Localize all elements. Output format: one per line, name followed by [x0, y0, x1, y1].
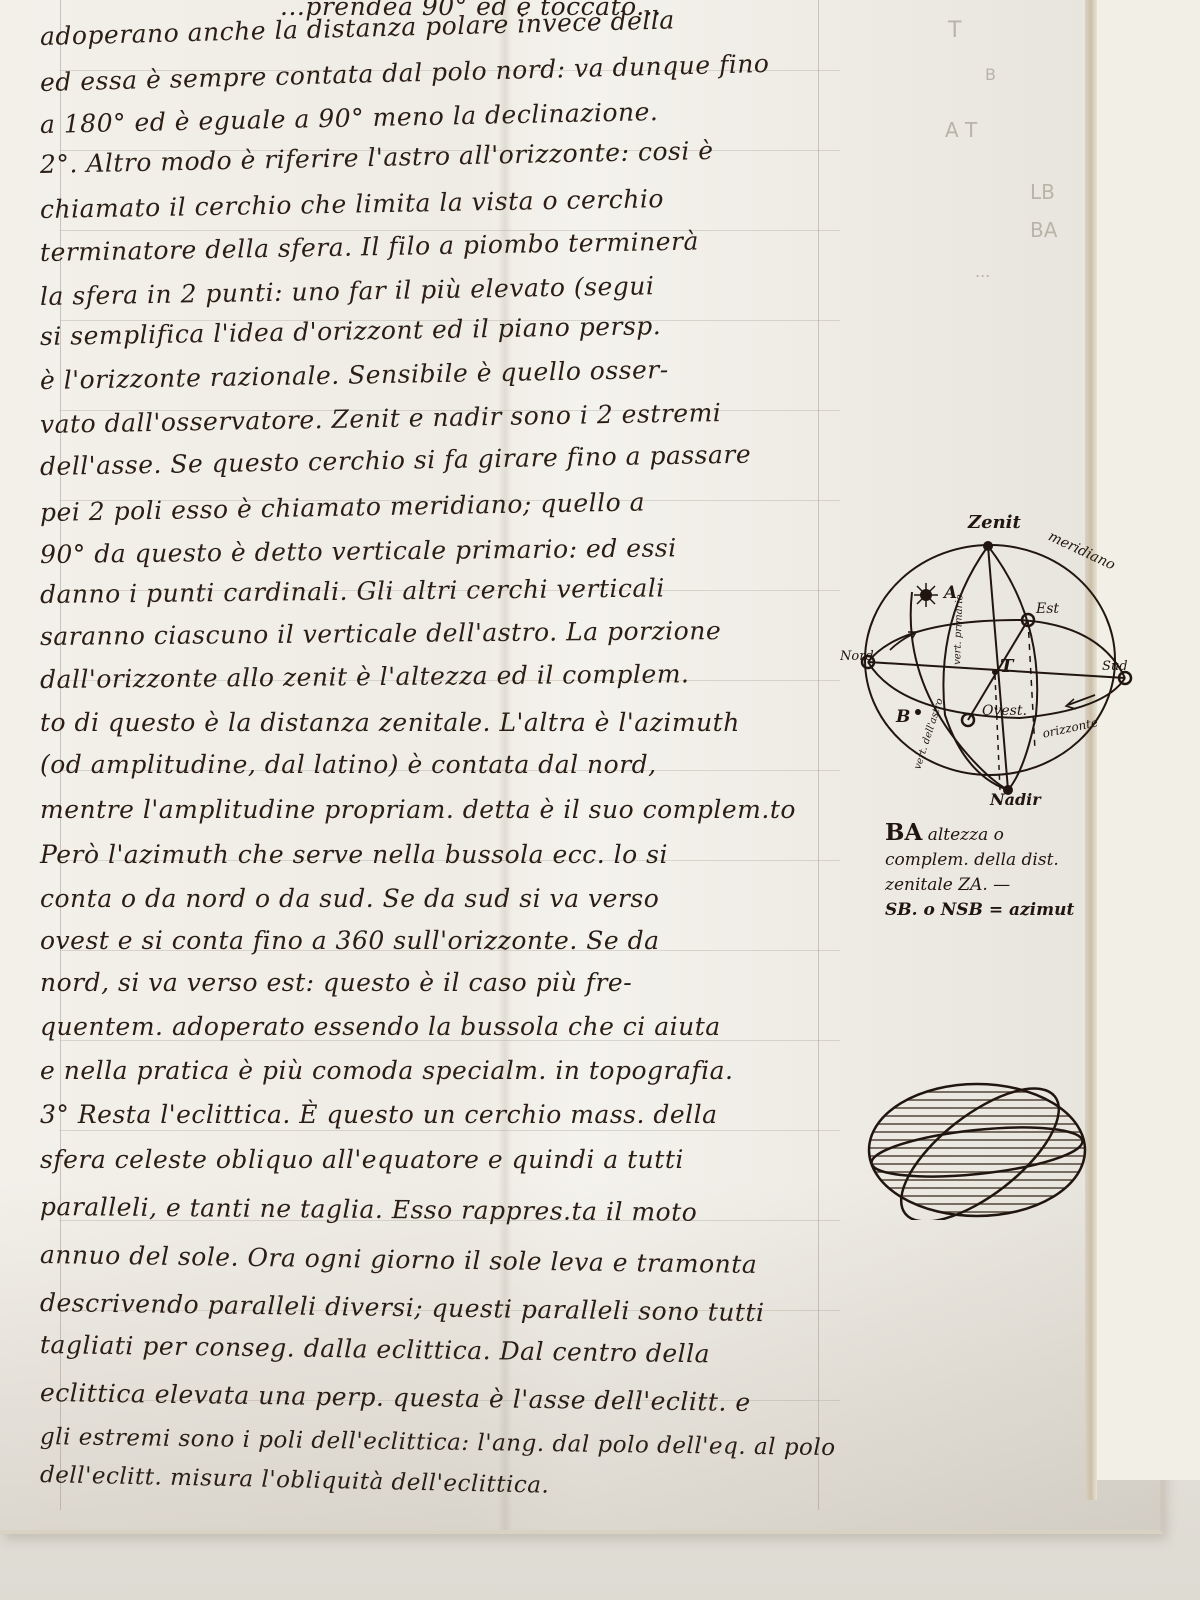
- manuscript-line: 3° Resta l'eclittica. È questo un cerchi…: [40, 1100, 718, 1129]
- manuscript-line: paralleli, e tanti ne taglia. Esso rappr…: [40, 1192, 698, 1227]
- ghost-text: LB: [1030, 180, 1055, 204]
- manuscript-line: saranno ciascuno il verticale dell'astro…: [40, 616, 721, 651]
- caption-text: complem. della dist.: [885, 848, 1125, 873]
- manuscript-line: mentre l'amplitudine propriam. detta è i…: [40, 795, 796, 824]
- ghost-text: T: [948, 18, 961, 43]
- ruling-line: [60, 1130, 840, 1131]
- manuscript-line: Però l'azimuth che serve nella bussola e…: [40, 840, 668, 869]
- zenith-point-icon: [983, 541, 993, 551]
- manuscript-line: ovest e si conta fino a 360 sull'orizzon…: [40, 926, 660, 955]
- manuscript-line: e nella pratica è più comoda specialm. i…: [40, 1056, 733, 1085]
- point-b-label: B: [895, 707, 910, 727]
- manuscript-line: dall'orizzonte allo zenit è l'altezza ed…: [40, 659, 690, 694]
- prime-vertical-label: vert. primario: [952, 594, 965, 665]
- south-label: Sud: [1102, 659, 1128, 674]
- manuscript-line: conta o da nord o da sud. Se da sud si v…: [40, 884, 659, 913]
- horizon-label: orizzonte: [1041, 715, 1099, 740]
- caption-ba: BA: [885, 819, 922, 846]
- manuscript-line: nord, si va verso est: questo è il caso …: [40, 968, 632, 997]
- nadir-label: Nadir: [989, 790, 1042, 809]
- ghost-text: BA: [1030, 218, 1057, 242]
- ghost-text: B: [985, 65, 996, 84]
- point-b-icon: [915, 709, 921, 715]
- caption-text: SB. o NSB = azimut: [885, 898, 1125, 923]
- east-label: Est: [1035, 601, 1059, 617]
- zenith-label: Zenit: [967, 512, 1022, 533]
- center-point-icon: [992, 669, 998, 675]
- west-point-icon: [962, 714, 974, 726]
- north-label: Nord: [840, 649, 874, 664]
- equator-ellipse-icon: [869, 1119, 1084, 1185]
- manuscript-line: quentem. adoperato essendo la bussola ch…: [40, 1012, 721, 1041]
- ghost-text: ...: [975, 262, 990, 281]
- ghost-text: A T: [945, 118, 977, 142]
- manuscript-line: to di questo è la distanza zenitale. L'a…: [40, 708, 740, 737]
- star-icon: [914, 583, 938, 607]
- west-label: Ovest.: [982, 703, 1027, 719]
- manuscript-line: sfera celeste obliquo all'equatore e qui…: [40, 1145, 684, 1174]
- diagram-caption: BA altezza o complem. della dist. zenita…: [885, 820, 1125, 923]
- meridian-label: meridiano: [1046, 529, 1118, 574]
- caption-text: zenitale ZA. —: [885, 873, 1125, 898]
- celestial-sphere-diagram: Zenit meridiano Est Nord Sud Ovest. T A …: [840, 500, 1140, 810]
- center-label: T: [1000, 656, 1015, 677]
- manuscript-line: (od amplitudine, dal latino) è contata d…: [40, 750, 657, 779]
- ecliptic-sphere-diagram: [865, 1080, 1095, 1220]
- caption-text: altezza o: [928, 825, 1004, 845]
